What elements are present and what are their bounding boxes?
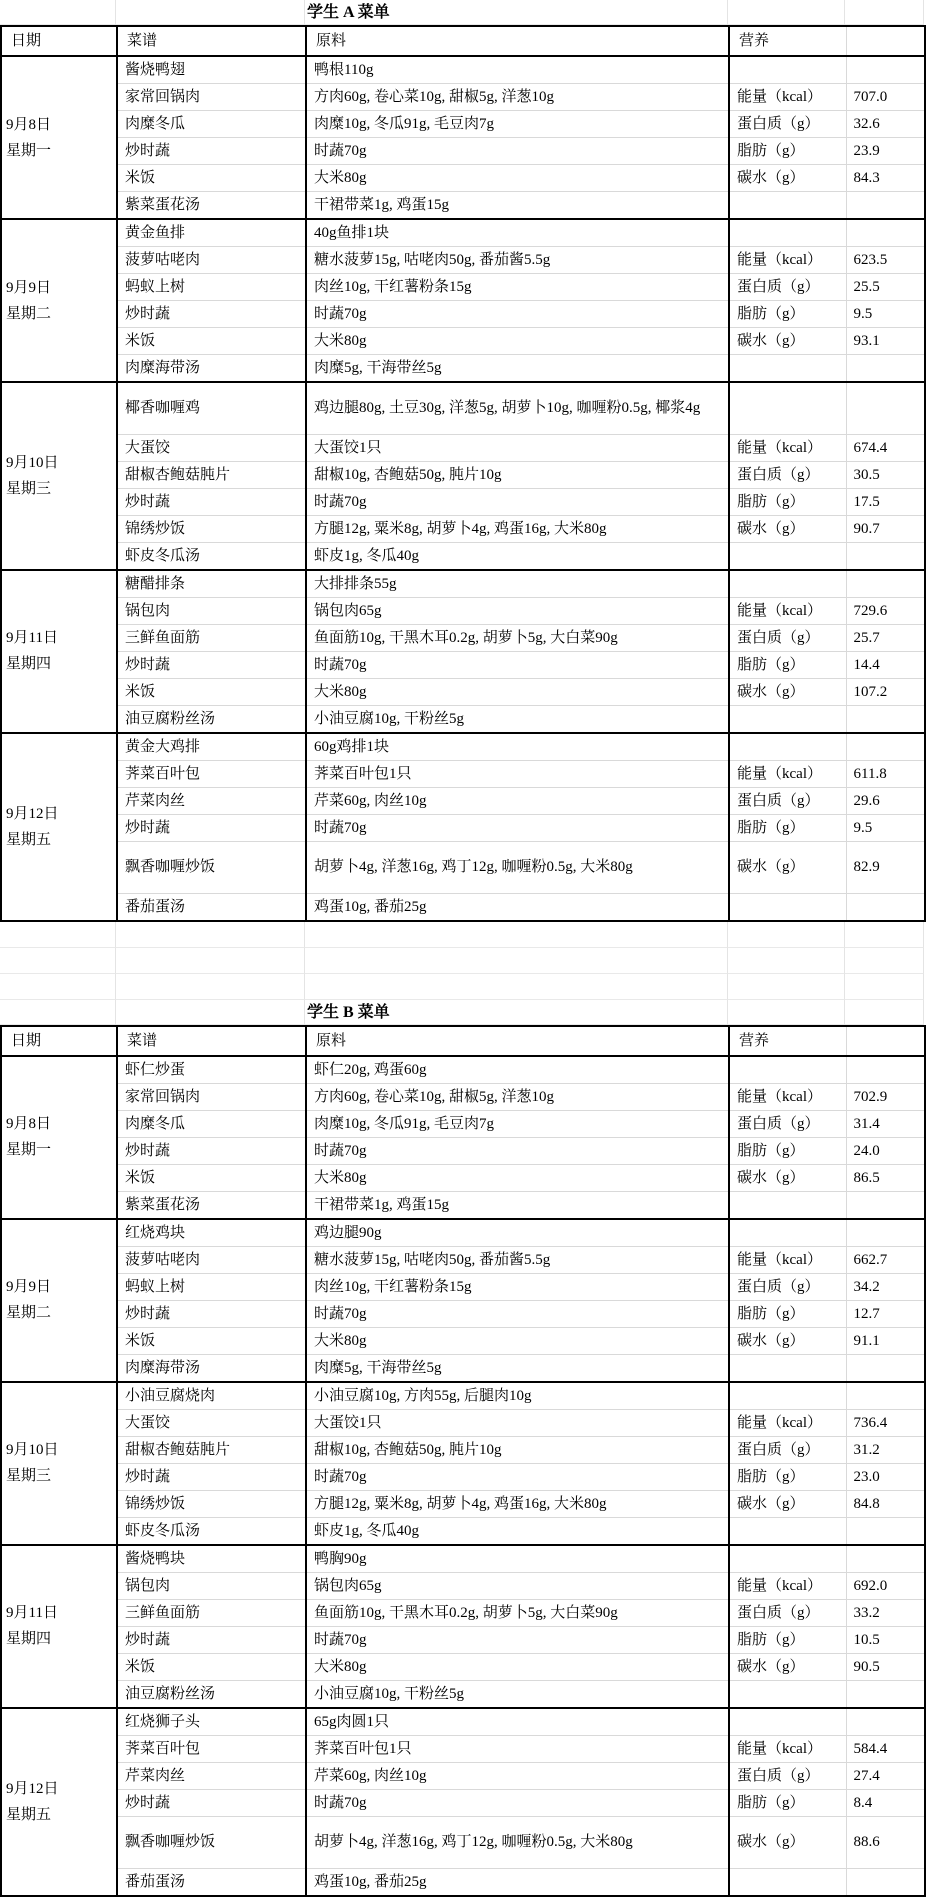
column-header-empty[interactable] bbox=[846, 1026, 925, 1056]
nutrition-value: 729.6 bbox=[854, 603, 888, 619]
nutrition-label-cell[interactable]: 脂肪（g） bbox=[729, 138, 846, 165]
nutrition-label-cell[interactable]: 脂肪（g） bbox=[729, 651, 846, 678]
nutrition-value-cell[interactable]: 84.8 bbox=[846, 1490, 925, 1517]
ingredients-cell[interactable]: 65g肉圆1只 bbox=[306, 1708, 729, 1736]
dish-cell[interactable]: 黄金大鸡排 bbox=[117, 733, 306, 761]
ingredients-text: 大蛋饺1只 bbox=[314, 440, 382, 456]
nutrition-value-cell[interactable]: 8.4 bbox=[846, 1789, 925, 1816]
dish-cell[interactable]: 红烧鸡块 bbox=[117, 1219, 306, 1247]
ingredients-cell[interactable]: 大米80g bbox=[306, 328, 729, 355]
menu-row: 9月8日星期一虾仁炒蛋虾仁20g, 鸡蛋60g bbox=[1, 1056, 925, 1084]
nutrition-label-cell[interactable]: 蛋白质（g） bbox=[729, 1436, 846, 1463]
dish-cell[interactable]: 锅包肉 bbox=[117, 1572, 306, 1599]
ingredients-cell[interactable]: 肉糜10g, 冬瓜91g, 毛豆肉7g bbox=[306, 111, 729, 138]
nutrition-value-cell[interactable]: 31.2 bbox=[846, 1436, 925, 1463]
column-header-empty[interactable] bbox=[846, 26, 925, 56]
nutrition-value: 29.6 bbox=[854, 793, 880, 809]
ingredients-cell[interactable]: 小油豆腐10g, 方肉55g, 后腿肉10g bbox=[306, 1382, 729, 1410]
menu-row: 炒时蔬时蔬70g脂肪（g）23.0 bbox=[1, 1463, 925, 1490]
menu-row: 飘香咖喱炒饭胡萝卜4g, 洋葱16g, 鸡丁12g, 咖喱粉0.5g, 大米80… bbox=[1, 1816, 925, 1868]
nutrition-value-cell[interactable]: 34.2 bbox=[846, 1273, 925, 1300]
dish-cell[interactable]: 飘香咖喱炒饭 bbox=[117, 841, 306, 893]
nutrition-label-cell[interactable]: 碳水（g） bbox=[729, 515, 846, 542]
nutrition-label-cell[interactable]: 能量（kcal） bbox=[729, 84, 846, 111]
menu-row: 荠菜百叶包荠菜百叶包1只能量（kcal）611.8 bbox=[1, 760, 925, 787]
dish-name: 米饭 bbox=[125, 1170, 155, 1186]
nutrition-value-cell[interactable]: 25.5 bbox=[846, 274, 925, 301]
nutrition-value-cell[interactable] bbox=[846, 893, 925, 921]
nutrition-value-cell[interactable]: 611.8 bbox=[846, 760, 925, 787]
nutrition-label-cell[interactable]: 蛋白质（g） bbox=[729, 274, 846, 301]
dish-cell[interactable]: 炒时蔬 bbox=[117, 1300, 306, 1327]
nutrition-label-cell[interactable]: 脂肪（g） bbox=[729, 1137, 846, 1164]
menu-row: 米饭大米80g碳水（g）93.1 bbox=[1, 328, 925, 355]
date-cell[interactable]: 9月12日星期五 bbox=[1, 1708, 117, 1896]
dish-cell[interactable]: 油豆腐粉丝汤 bbox=[117, 1680, 306, 1708]
dish-name: 虾仁炒蛋 bbox=[125, 1062, 185, 1078]
grid-cell bbox=[728, 948, 845, 974]
date-cell[interactable]: 9月11日星期四 bbox=[1, 1545, 117, 1708]
nutrition-value-cell[interactable] bbox=[846, 705, 925, 733]
ingredients-cell[interactable]: 肉糜5g, 干海带丝5g bbox=[306, 1354, 729, 1382]
ingredients-cell[interactable]: 肉丝10g, 干红薯粉条15g bbox=[306, 1273, 729, 1300]
nutrition-label-cell[interactable]: 蛋白质（g） bbox=[729, 1762, 846, 1789]
ingredients-cell[interactable]: 时蔬70g bbox=[306, 1463, 729, 1490]
ingredients-text: 鸭根110g bbox=[314, 62, 373, 78]
dish-cell[interactable]: 糖醋排条 bbox=[117, 570, 306, 598]
nutrition-label-cell[interactable]: 能量（kcal） bbox=[729, 1572, 846, 1599]
dish-cell[interactable]: 锅包肉 bbox=[117, 597, 306, 624]
ingredients-cell[interactable]: 鸡蛋10g, 番茄25g bbox=[306, 1868, 729, 1896]
dish-cell[interactable]: 虾皮冬瓜汤 bbox=[117, 542, 306, 570]
dish-cell[interactable]: 菠萝咕咾肉 bbox=[117, 1246, 306, 1273]
column-header-dish[interactable]: 菜谱 bbox=[117, 26, 306, 56]
ingredients-cell[interactable]: 大米80g bbox=[306, 1164, 729, 1191]
column-header-date[interactable]: 日期 bbox=[1, 1026, 117, 1056]
nutrition-label-cell[interactable] bbox=[729, 1219, 846, 1247]
nutrition-label-cell[interactable] bbox=[729, 382, 846, 434]
nutrition-label-cell[interactable]: 脂肪（g） bbox=[729, 814, 846, 841]
nutrition-label-cell[interactable]: 碳水（g） bbox=[729, 1327, 846, 1354]
dish-cell[interactable]: 芹菜肉丝 bbox=[117, 1762, 306, 1789]
ingredients-cell[interactable]: 肉糜10g, 冬瓜91g, 毛豆肉7g bbox=[306, 1110, 729, 1137]
nutrition-value-cell[interactable] bbox=[846, 382, 925, 434]
nutrition-value-cell[interactable]: 584.4 bbox=[846, 1735, 925, 1762]
nutrition-label-cell[interactable] bbox=[729, 705, 846, 733]
nutrition-label-cell[interactable]: 蛋白质（g） bbox=[729, 111, 846, 138]
nutrition-value-cell[interactable] bbox=[846, 1708, 925, 1736]
column-header-nutrition[interactable]: 营养 bbox=[729, 26, 846, 56]
dish-cell[interactable]: 蚂蚁上树 bbox=[117, 274, 306, 301]
grid-cell bbox=[116, 948, 305, 974]
ingredients-cell[interactable]: 方腿12g, 粟米8g, 胡萝卜4g, 鸡蛋16g, 大米80g bbox=[306, 1490, 729, 1517]
nutrition-label-cell[interactable] bbox=[729, 1680, 846, 1708]
nutrition-label-cell[interactable]: 蛋白质（g） bbox=[729, 461, 846, 488]
ingredients-cell[interactable]: 时蔬70g bbox=[306, 1789, 729, 1816]
nutrition-label-cell[interactable]: 脂肪（g） bbox=[729, 1626, 846, 1653]
ingredients-cell[interactable]: 虾皮1g, 冬瓜40g bbox=[306, 1517, 729, 1545]
ingredients-text: 小油豆腐10g, 干粉丝5g bbox=[314, 1686, 464, 1702]
ingredients-cell[interactable]: 60g鸡排1块 bbox=[306, 733, 729, 761]
ingredients-cell[interactable]: 糖水菠萝15g, 咕咾肉50g, 番茄酱5.5g bbox=[306, 247, 729, 274]
ingredients-cell[interactable]: 胡萝卜4g, 洋葱16g, 鸡丁12g, 咖喱粉0.5g, 大米80g bbox=[306, 841, 729, 893]
nutrition-label-cell[interactable]: 碳水（g） bbox=[729, 1816, 846, 1868]
nutrition-label-cell[interactable] bbox=[729, 1545, 846, 1573]
dish-cell[interactable]: 酱烧鸭翅 bbox=[117, 56, 306, 84]
date-cell[interactable]: 9月10日星期三 bbox=[1, 382, 117, 570]
ingredients-cell[interactable]: 小油豆腐10g, 干粉丝5g bbox=[306, 1680, 729, 1708]
dish-cell[interactable]: 飘香咖喱炒饭 bbox=[117, 1816, 306, 1868]
dish-cell[interactable]: 米饭 bbox=[117, 1327, 306, 1354]
dish-cell[interactable]: 三鲜鱼面筋 bbox=[117, 1599, 306, 1626]
dish-cell[interactable]: 黄金鱼排 bbox=[117, 219, 306, 247]
date-text: 9月9日星期二 bbox=[6, 275, 116, 327]
dish-cell[interactable]: 蚂蚁上树 bbox=[117, 1273, 306, 1300]
nutrition-label-cell[interactable] bbox=[729, 355, 846, 383]
dish-cell[interactable]: 紫菜蛋花汤 bbox=[117, 192, 306, 220]
ingredients-cell[interactable]: 芹菜60g, 肉丝10g bbox=[306, 1762, 729, 1789]
ingredients-cell[interactable]: 鸭根110g bbox=[306, 56, 729, 84]
date-text: 9月10日星期三 bbox=[6, 450, 116, 502]
nutrition-value-cell[interactable] bbox=[846, 1382, 925, 1410]
dish-cell[interactable]: 三鲜鱼面筋 bbox=[117, 624, 306, 651]
dish-cell[interactable]: 家常回锅肉 bbox=[117, 1083, 306, 1110]
nutrition-value: 107.2 bbox=[854, 684, 888, 700]
nutrition-value-cell[interactable] bbox=[846, 355, 925, 383]
nutrition-value-cell[interactable]: 90.5 bbox=[846, 1653, 925, 1680]
dish-cell[interactable]: 芹菜肉丝 bbox=[117, 787, 306, 814]
nutrition-label: 脂肪（g） bbox=[737, 306, 805, 322]
ingredients-cell[interactable]: 方腿12g, 粟米8g, 胡萝卜4g, 鸡蛋16g, 大米80g bbox=[306, 515, 729, 542]
dish-name: 锦绣炒饭 bbox=[125, 521, 185, 537]
nutrition-value-cell[interactable]: 27.4 bbox=[846, 1762, 925, 1789]
header-label: 菜谱 bbox=[127, 33, 157, 49]
ingredients-cell[interactable]: 肉丝10g, 干红薯粉条15g bbox=[306, 274, 729, 301]
dish-cell[interactable]: 虾皮冬瓜汤 bbox=[117, 1517, 306, 1545]
nutrition-value-cell[interactable]: 86.5 bbox=[846, 1164, 925, 1191]
nutrition-label-cell[interactable] bbox=[729, 570, 846, 598]
nutrition-value-cell[interactable]: 9.5 bbox=[846, 814, 925, 841]
ingredients-cell[interactable]: 时蔬70g bbox=[306, 488, 729, 515]
nutrition-value-cell[interactable]: 31.4 bbox=[846, 1110, 925, 1137]
nutrition-label-cell[interactable]: 能量（kcal） bbox=[729, 247, 846, 274]
nutrition-label-cell[interactable]: 蛋白质（g） bbox=[729, 787, 846, 814]
nutrition-label-cell[interactable] bbox=[729, 733, 846, 761]
dish-name: 炒时蔬 bbox=[125, 1795, 170, 1811]
nutrition-label-cell[interactable] bbox=[729, 1056, 846, 1084]
nutrition-value-cell[interactable] bbox=[846, 1545, 925, 1573]
ingredients-cell[interactable]: 鸡边腿90g bbox=[306, 1219, 729, 1247]
dish-cell[interactable]: 米饭 bbox=[117, 165, 306, 192]
ingredients-cell[interactable]: 甜椒10g, 杏鲍菇50g, 肫片10g bbox=[306, 461, 729, 488]
nutrition-value-cell[interactable] bbox=[846, 1354, 925, 1382]
dish-cell[interactable]: 大蛋饺 bbox=[117, 434, 306, 461]
column-header-date[interactable]: 日期 bbox=[1, 26, 117, 56]
dish-cell[interactable]: 大蛋饺 bbox=[117, 1409, 306, 1436]
dish-cell[interactable]: 番茄蛋汤 bbox=[117, 893, 306, 921]
ingredients-cell[interactable]: 时蔬70g bbox=[306, 814, 729, 841]
nutrition-value-cell[interactable]: 93.1 bbox=[846, 328, 925, 355]
nutrition-label-cell[interactable]: 碳水（g） bbox=[729, 678, 846, 705]
dish-cell[interactable]: 肉糜海带汤 bbox=[117, 355, 306, 383]
nutrition-value-cell[interactable] bbox=[846, 570, 925, 598]
dish-name: 炒时蔬 bbox=[125, 494, 170, 510]
dish-cell[interactable]: 炒时蔬 bbox=[117, 1463, 306, 1490]
nutrition-label-cell[interactable] bbox=[729, 219, 846, 247]
nutrition-label-cell[interactable]: 碳水（g） bbox=[729, 165, 846, 192]
nutrition-value-cell[interactable]: 91.1 bbox=[846, 1327, 925, 1354]
ingredients-cell[interactable]: 干裙带菜1g, 鸡蛋15g bbox=[306, 1191, 729, 1219]
ingredients-cell[interactable]: 大米80g bbox=[306, 1327, 729, 1354]
nutrition-label-cell[interactable]: 脂肪（g） bbox=[729, 1789, 846, 1816]
dish-cell[interactable]: 锦绣炒饭 bbox=[117, 515, 306, 542]
ingredients-cell[interactable]: 鸭胸90g bbox=[306, 1545, 729, 1573]
ingredients-cell[interactable]: 时蔬70g bbox=[306, 1300, 729, 1327]
nutrition-label-cell[interactable] bbox=[729, 1191, 846, 1219]
nutrition-label: 脂肪（g） bbox=[737, 1143, 805, 1159]
nutrition-value-cell[interactable]: 84.3 bbox=[846, 165, 925, 192]
dish-name: 菠萝咕咾肉 bbox=[125, 252, 200, 268]
ingredients-cell[interactable]: 大米80g bbox=[306, 165, 729, 192]
date-cell[interactable]: 9月12日星期五 bbox=[1, 733, 117, 921]
nutrition-label-cell[interactable]: 脂肪（g） bbox=[729, 301, 846, 328]
dish-cell[interactable]: 米饭 bbox=[117, 328, 306, 355]
dish-cell[interactable]: 甜椒杏鲍菇肫片 bbox=[117, 461, 306, 488]
nutrition-label-cell[interactable]: 碳水（g） bbox=[729, 841, 846, 893]
nutrition-value-cell[interactable]: 9.5 bbox=[846, 301, 925, 328]
nutrition-label-cell[interactable] bbox=[729, 192, 846, 220]
dish-cell[interactable]: 小油豆腐烧肉 bbox=[117, 1382, 306, 1410]
ingredients-cell[interactable]: 大蛋饺1只 bbox=[306, 1409, 729, 1436]
dish-cell[interactable]: 菠萝咕咾肉 bbox=[117, 247, 306, 274]
date-cell[interactable]: 9月9日星期二 bbox=[1, 219, 117, 382]
nutrition-value-cell[interactable]: 33.2 bbox=[846, 1599, 925, 1626]
dish-cell[interactable]: 炒时蔬 bbox=[117, 301, 306, 328]
ingredients-cell[interactable]: 时蔬70g bbox=[306, 651, 729, 678]
dish-name: 炒时蔬 bbox=[125, 657, 170, 673]
menu-row: 大蛋饺大蛋饺1只能量（kcal）736.4 bbox=[1, 1409, 925, 1436]
date-cell[interactable]: 9月11日星期四 bbox=[1, 570, 117, 733]
dish-cell[interactable]: 甜椒杏鲍菇肫片 bbox=[117, 1436, 306, 1463]
nutrition-value-cell[interactable] bbox=[846, 542, 925, 570]
date-cell[interactable]: 9月10日星期三 bbox=[1, 1382, 117, 1545]
date-text: 9月8日星期一 bbox=[6, 112, 116, 164]
nutrition-label-cell[interactable]: 脂肪（g） bbox=[729, 1463, 846, 1490]
ingredients-cell[interactable]: 大排排条55g bbox=[306, 570, 729, 598]
nutrition-value-cell[interactable] bbox=[846, 1868, 925, 1896]
ingredients-cell[interactable]: 鸡边腿80g, 土豆30g, 洋葱5g, 胡萝卜10g, 咖喱粉0.5g, 椰浆… bbox=[306, 382, 729, 434]
dish-cell[interactable]: 炒时蔬 bbox=[117, 488, 306, 515]
ingredients-cell[interactable]: 方肉60g, 卷心菜10g, 甜椒5g, 洋葱10g bbox=[306, 84, 729, 111]
ingredients-cell[interactable]: 大米80g bbox=[306, 678, 729, 705]
nutrition-value-cell[interactable]: 24.0 bbox=[846, 1137, 925, 1164]
ingredients-cell[interactable]: 小油豆腐10g, 干粉丝5g bbox=[306, 705, 729, 733]
nutrition-value-cell[interactable] bbox=[846, 733, 925, 761]
date-text: 9月11日星期四 bbox=[6, 625, 116, 677]
ingredients-cell[interactable]: 鱼面筋10g, 干黑木耳0.2g, 胡萝卜5g, 大白菜90g bbox=[306, 624, 729, 651]
ingredients-cell[interactable]: 肉糜5g, 干海带丝5g bbox=[306, 355, 729, 383]
nutrition-value-cell[interactable]: 25.7 bbox=[846, 624, 925, 651]
nutrition-value-cell[interactable] bbox=[846, 1056, 925, 1084]
ingredients-cell[interactable]: 荠菜百叶包1只 bbox=[306, 1735, 729, 1762]
ingredients-cell[interactable]: 时蔬70g bbox=[306, 301, 729, 328]
dish-cell[interactable]: 锦绣炒饭 bbox=[117, 1490, 306, 1517]
nutrition-value-cell[interactable]: 23.9 bbox=[846, 138, 925, 165]
ingredients-cell[interactable]: 时蔬70g bbox=[306, 1137, 729, 1164]
nutrition-value-cell[interactable]: 29.6 bbox=[846, 787, 925, 814]
column-header-ingredients[interactable]: 原料 bbox=[306, 26, 729, 56]
ingredients-text: 时蔬70g bbox=[314, 657, 367, 673]
ingredients-cell[interactable]: 大蛋饺1只 bbox=[306, 434, 729, 461]
nutrition-value-cell[interactable]: 90.7 bbox=[846, 515, 925, 542]
ingredients-cell[interactable]: 40g鱼排1块 bbox=[306, 219, 729, 247]
nutrition-label-cell[interactable] bbox=[729, 1517, 846, 1545]
nutrition-value-cell[interactable]: 82.9 bbox=[846, 841, 925, 893]
ingredients-cell[interactable]: 鱼面筋10g, 干黑木耳0.2g, 胡萝卜5g, 大白菜90g bbox=[306, 1599, 729, 1626]
ingredients-cell[interactable]: 锅包肉65g bbox=[306, 597, 729, 624]
nutrition-value-cell[interactable] bbox=[846, 1517, 925, 1545]
nutrition-value: 707.0 bbox=[854, 89, 888, 105]
nutrition-value-cell[interactable] bbox=[846, 219, 925, 247]
dish-cell[interactable]: 家常回锅肉 bbox=[117, 84, 306, 111]
dish-cell[interactable]: 炒时蔬 bbox=[117, 651, 306, 678]
nutrition-label-cell[interactable] bbox=[729, 1382, 846, 1410]
dish-cell[interactable]: 炒时蔬 bbox=[117, 138, 306, 165]
ingredients-text: 小油豆腐10g, 干粉丝5g bbox=[314, 711, 464, 727]
dish-cell[interactable]: 米饭 bbox=[117, 678, 306, 705]
nutrition-label-cell[interactable]: 碳水（g） bbox=[729, 1653, 846, 1680]
nutrition-value-cell[interactable] bbox=[846, 1219, 925, 1247]
nutrition-value-cell[interactable]: 10.5 bbox=[846, 1626, 925, 1653]
menu-row: 9月12日星期五红烧狮子头65g肉圆1只 bbox=[1, 1708, 925, 1736]
dish-cell[interactable]: 米饭 bbox=[117, 1164, 306, 1191]
nutrition-value-cell[interactable]: 12.7 bbox=[846, 1300, 925, 1327]
dish-name: 蚂蚁上树 bbox=[125, 1279, 185, 1295]
ingredients-cell[interactable]: 干裙带菜1g, 鸡蛋15g bbox=[306, 192, 729, 220]
nutrition-label-cell[interactable]: 能量（kcal） bbox=[729, 1735, 846, 1762]
ingredients-cell[interactable]: 糖水菠萝15g, 咕咾肉50g, 番茄酱5.5g bbox=[306, 1246, 729, 1273]
ingredients-cell[interactable]: 胡萝卜4g, 洋葱16g, 鸡丁12g, 咖喱粉0.5g, 大米80g bbox=[306, 1816, 729, 1868]
spreadsheet: 学生 A 菜单日期菜谱原料营养9月8日星期一酱烧鸭翅鸭根110g家常回锅肉方肉6… bbox=[0, 0, 926, 1897]
dish-cell[interactable]: 荠菜百叶包 bbox=[117, 760, 306, 787]
ingredients-cell[interactable]: 甜椒10g, 杏鲍菇50g, 肫片10g bbox=[306, 1436, 729, 1463]
ingredients-cell[interactable]: 时蔬70g bbox=[306, 1626, 729, 1653]
dish-cell[interactable]: 紫菜蛋花汤 bbox=[117, 1191, 306, 1219]
ingredients-text: 65g肉圆1只 bbox=[314, 1714, 389, 1730]
dish-cell[interactable]: 红烧狮子头 bbox=[117, 1708, 306, 1736]
date-cell[interactable]: 9月8日星期一 bbox=[1, 1056, 117, 1219]
ingredients-cell[interactable]: 虾皮1g, 冬瓜40g bbox=[306, 542, 729, 570]
nutrition-label-cell[interactable]: 蛋白质（g） bbox=[729, 1110, 846, 1137]
nutrition-value-cell[interactable] bbox=[846, 56, 925, 84]
nutrition-value-cell[interactable]: 707.0 bbox=[846, 84, 925, 111]
nutrition-label-cell[interactable] bbox=[729, 893, 846, 921]
nutrition-label-cell[interactable]: 能量（kcal） bbox=[729, 1083, 846, 1110]
dish-cell[interactable]: 米饭 bbox=[117, 1653, 306, 1680]
nutrition-value-cell[interactable]: 14.4 bbox=[846, 651, 925, 678]
column-header-dish[interactable]: 菜谱 bbox=[117, 1026, 306, 1056]
dish-cell[interactable]: 肉糜海带汤 bbox=[117, 1354, 306, 1382]
nutrition-value-cell[interactable]: 88.6 bbox=[846, 1816, 925, 1868]
ingredients-text: 大米80g bbox=[314, 1659, 367, 1675]
dish-cell[interactable]: 炒时蔬 bbox=[117, 1789, 306, 1816]
nutrition-value-cell[interactable]: 17.5 bbox=[846, 488, 925, 515]
nutrition-value-cell[interactable]: 702.9 bbox=[846, 1083, 925, 1110]
nutrition-value-cell[interactable]: 692.0 bbox=[846, 1572, 925, 1599]
nutrition-label-cell[interactable]: 蛋白质（g） bbox=[729, 1599, 846, 1626]
nutrition-value-cell[interactable]: 729.6 bbox=[846, 597, 925, 624]
nutrition-value-cell[interactable]: 674.4 bbox=[846, 434, 925, 461]
ingredients-cell[interactable]: 方肉60g, 卷心菜10g, 甜椒5g, 洋葱10g bbox=[306, 1083, 729, 1110]
nutrition-label-cell[interactable]: 蛋白质（g） bbox=[729, 624, 846, 651]
nutrition-label-cell[interactable] bbox=[729, 542, 846, 570]
nutrition-value-cell[interactable]: 23.0 bbox=[846, 1463, 925, 1490]
nutrition-label-cell[interactable]: 碳水（g） bbox=[729, 1490, 846, 1517]
nutrition-label-cell[interactable]: 脂肪（g） bbox=[729, 1300, 846, 1327]
nutrition-label-cell[interactable]: 能量（kcal） bbox=[729, 760, 846, 787]
nutrition-value-cell[interactable]: 662.7 bbox=[846, 1246, 925, 1273]
dish-cell[interactable]: 酱烧鸭块 bbox=[117, 1545, 306, 1573]
dish-cell[interactable]: 炒时蔬 bbox=[117, 814, 306, 841]
nutrition-label-cell[interactable]: 能量（kcal） bbox=[729, 1246, 846, 1273]
column-header-nutrition[interactable]: 营养 bbox=[729, 1026, 846, 1056]
nutrition-value-cell[interactable]: 107.2 bbox=[846, 678, 925, 705]
ingredients-cell[interactable]: 锅包肉65g bbox=[306, 1572, 729, 1599]
nutrition-value-cell[interactable] bbox=[846, 192, 925, 220]
dish-cell[interactable]: 油豆腐粉丝汤 bbox=[117, 705, 306, 733]
dish-cell[interactable]: 虾仁炒蛋 bbox=[117, 1056, 306, 1084]
nutrition-value-cell[interactable] bbox=[846, 1680, 925, 1708]
nutrition-value-cell[interactable]: 623.5 bbox=[846, 247, 925, 274]
dish-cell[interactable]: 炒时蔬 bbox=[117, 1137, 306, 1164]
dish-cell[interactable]: 炒时蔬 bbox=[117, 1626, 306, 1653]
dish-cell[interactable]: 肉糜冬瓜 bbox=[117, 111, 306, 138]
dish-name: 锅包肉 bbox=[125, 1578, 170, 1594]
ingredients-cell[interactable]: 荠菜百叶包1只 bbox=[306, 760, 729, 787]
nutrition-label-cell[interactable] bbox=[729, 56, 846, 84]
ingredients-cell[interactable]: 虾仁20g, 鸡蛋60g bbox=[306, 1056, 729, 1084]
menu-row: 菠萝咕咾肉糖水菠萝15g, 咕咾肉50g, 番茄酱5.5g能量（kcal）662… bbox=[1, 1246, 925, 1273]
ingredients-cell[interactable]: 芹菜60g, 肉丝10g bbox=[306, 787, 729, 814]
date-cell[interactable]: 9月8日星期一 bbox=[1, 56, 117, 219]
ingredients-cell[interactable]: 大米80g bbox=[306, 1653, 729, 1680]
nutrition-label-cell[interactable]: 能量（kcal） bbox=[729, 597, 846, 624]
ingredients-cell[interactable]: 时蔬70g bbox=[306, 138, 729, 165]
nutrition-label-cell[interactable] bbox=[729, 1708, 846, 1736]
nutrition-label-cell[interactable]: 能量（kcal） bbox=[729, 434, 846, 461]
nutrition-label-cell[interactable] bbox=[729, 1354, 846, 1382]
nutrition-label-cell[interactable]: 蛋白质（g） bbox=[729, 1273, 846, 1300]
menu-row: 家常回锅肉方肉60g, 卷心菜10g, 甜椒5g, 洋葱10g能量（kcal）7… bbox=[1, 84, 925, 111]
dish-cell[interactable]: 番茄蛋汤 bbox=[117, 1868, 306, 1896]
nutrition-value-cell[interactable]: 32.6 bbox=[846, 111, 925, 138]
ingredients-cell[interactable]: 鸡蛋10g, 番茄25g bbox=[306, 893, 729, 921]
nutrition-value-cell[interactable]: 30.5 bbox=[846, 461, 925, 488]
dish-cell[interactable]: 肉糜冬瓜 bbox=[117, 1110, 306, 1137]
nutrition-label-cell[interactable]: 碳水（g） bbox=[729, 328, 846, 355]
dish-cell[interactable]: 荠菜百叶包 bbox=[117, 1735, 306, 1762]
nutrition-label-cell[interactable]: 脂肪（g） bbox=[729, 488, 846, 515]
column-header-ingredients[interactable]: 原料 bbox=[306, 1026, 729, 1056]
nutrition-label-cell[interactable]: 碳水（g） bbox=[729, 1164, 846, 1191]
nutrition-label-cell[interactable]: 能量（kcal） bbox=[729, 1409, 846, 1436]
nutrition-value-cell[interactable]: 736.4 bbox=[846, 1409, 925, 1436]
date-cell[interactable]: 9月9日星期二 bbox=[1, 1219, 117, 1382]
dish-cell[interactable]: 椰香咖喱鸡 bbox=[117, 382, 306, 434]
nutrition-label-cell[interactable] bbox=[729, 1868, 846, 1896]
nutrition-value-cell[interactable] bbox=[846, 1191, 925, 1219]
dish-name: 炒时蔬 bbox=[125, 1632, 170, 1648]
